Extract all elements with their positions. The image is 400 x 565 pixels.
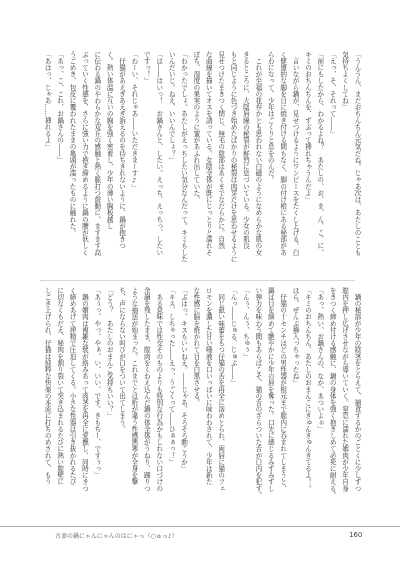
text-column: な性感に脳を焼かれて目を白黒させる。 — [190, 287, 202, 509]
text-column: 「あっ、こ、これ、お鍋さんの――」 — [53, 51, 65, 273]
text-column: 言いながら鍋が、見せつけるようにワンピースをたくし上げる。白 — [289, 51, 301, 273]
text-column: 「わーい、それじゃあ――いただきまーす♪」 — [128, 51, 140, 273]
running-footer-title: 古妻の鍋にゃんにゃんのはにゃっ（○ゅっ♪） — [55, 531, 178, 540]
text-column: ほら、ぜんぶ挿入っちゃったね」 — [289, 287, 301, 509]
text-column: これが至福の花弁かとも思われない白磁のようになめらかな肌の女 — [251, 51, 263, 273]
text-column: ある意味では性交そのものよりも特別な行為かもしれない口づけの — [152, 287, 164, 509]
text-column: な曲線を描いてオスを誘っている。女陰全体が既にじっとりと濡れそ — [202, 51, 214, 273]
text-column: もと同じように色づき始めたばかりの秘裂は肉芽だけを思わせるように — [227, 51, 239, 273]
text-column: 「キス、しちゃった――えっ、うごくって――ひぁぁっ！」 — [165, 287, 177, 509]
text-column: ち、声にならない叫びが口をついて出てしまう。 — [115, 287, 127, 509]
text-column: 「んぅ、んぅ、ちゅぅ」 — [239, 287, 251, 509]
upper-text-block: 「うんうん、まだおちんちん元気だね。じゃあ次は、あたしのことも 気持ちよくしてね… — [40, 51, 363, 273]
block-divider — [40, 280, 355, 281]
text-column: 気持ちよくしてね」 — [338, 51, 350, 273]
text-column: いんだいじ。ねえ、いいんでしょ？」 — [165, 51, 177, 273]
text-column: く健康的な脚を目に焼き付ける間もなく、脚の付け根にある秘部があ — [276, 51, 288, 273]
text-column: 「あっ、熱い、お鍋さんの、なか、あついよぉ」 — [313, 287, 325, 509]
text-column: 「わかったでしょ。あたしがえっちしたい気分なんだって。キミもした — [177, 51, 189, 273]
page-number: 160 — [349, 531, 362, 539]
text-column: きるところに、大陰唇線の秘裂が鮮烈に息づいている。少女の肌良 — [239, 51, 251, 273]
text-column: 「は――はいっ！ お鍋さんと、したい。えっち、えっちっ、したい — [152, 51, 164, 273]
text-column: ぶっていく性感を、さらに強い力で抱き締めるように鍋の腰が妖しく — [78, 51, 90, 273]
text-column: 見せつけたまきつく閉じ、無毛の陰部はあくまでなだらかに。自然 — [214, 51, 226, 273]
text-column: 「えっ、そ、それって――」 — [326, 51, 338, 273]
text-column: 「前にもしたから、わかるよね？ あたしの、お、ま、ん、こ、に、 — [313, 51, 325, 273]
text-column: 同じ舐い味蕾をもつ仔猫の舌を再全に溶めとられ、両唇に猫のフェ — [214, 287, 226, 509]
text-column: 仔猫の十センチほどの男性器が根元まで膣内に呑まれてしまうと、 — [276, 287, 288, 509]
text-column: 「うんうん、まだおちんちん元気だね。じゃあ次は、あたしのことも — [351, 51, 363, 273]
text-column: 「ぷはっ。キスもいいねえ。――じゃあ、そろそろ動こうか」 — [177, 287, 189, 509]
text-column: ような抽送が始まった。これまでとは桁が違う性感悪寒が全身を撃 — [128, 287, 140, 509]
text-column: ぼち、湿度の果実のように蜜があふれ出していた。 — [190, 51, 202, 273]
text-column: 「キミのおちんちん、あたしのおまんこにきゅんきゅんきてるよ！。 — [301, 287, 313, 509]
text-column: 「あはっ、じゃあ……挿れるよ」 — [41, 51, 53, 273]
text-column: 膣内を押し広げさせながら導いていく。窒息に濡れた媚肉が少年自身 — [338, 287, 350, 509]
text-column: 鍋の秘部が少年の陰茎をとらえて、捕食するかのごとくに少しずつ — [351, 287, 363, 509]
text-column: 仔猫があえぎあえぎ訴えるのを待ちきれないように、鍋が抱きつ — [115, 51, 127, 273]
lower-text-block: 鍋の秘部が少年の陰茎をとらえて、捕食するかのごとくに少しずつ 膣内を押し広げさせ… — [40, 287, 363, 509]
text-column: く締めあげて搾精で圧迫してくる。小さな性器は引き抜かれるたび — [66, 287, 78, 509]
text-column: キミのおちんちんを、ずぶって挿れちゃうんだよ」 — [301, 51, 313, 273]
text-column: に切なくもだえ、秘肉を割り裂いて突き込まれるたびに熱い膣壁に — [53, 287, 65, 509]
text-column: に伝わる鍋のやわらかな双丘の感触と熱く脈打つ鼓動に、ますます高 — [90, 51, 102, 273]
text-column: うごめき、包皮に覆われたままの亀頭が濡ったものに触れた。 — [66, 51, 78, 273]
text-column: 余韻を残したまま、膣肉をくわえ込んだ鍋の体全体がうねり、踊りつ — [140, 287, 152, 509]
text-column: しごき上げられ、仔猫は純粋な快楽の本流に打ちのめされて、もう — [41, 287, 53, 509]
text-column: 鍋は目を細めて艶やかに少年の唇を奪った。口先に感じるみずみずし — [264, 287, 276, 509]
text-column: く。熱い体温に互いの胸を強く密着し、少年の薄い胸板越し — [103, 51, 115, 273]
text-column: 「んっ――じゅる、じゅぷ――」 — [227, 287, 239, 509]
text-column: ロモンを濃した甘い唾液を口いっぱいに味わわされて、少年は新た — [202, 287, 214, 509]
footer-rule — [0, 526, 400, 527]
text-column: らわになって、少年はごくりと息をのんだ。 — [264, 51, 276, 273]
text-column: をきつく締め付ける感触に、鍋の身体を強く抱きしめて必死に耐える。 — [326, 287, 338, 509]
text-column: 「どう？ あたしのおまんこ気持ちいい？」 — [103, 287, 115, 509]
text-column: い弾力を味わう間もあらばこそ、猫の舌のざらついた舌が口内を犯す。 — [251, 287, 263, 509]
text-column: 「あぅっ、やっ、やぁ、い、いい、です。きもちー、ですぅっ」 — [90, 287, 102, 509]
text-column: 鍋の媚肉は複雑な襞が絡みあって肉茎を再全に愛撫し、同時にきつ — [78, 287, 90, 509]
text-column: ですっ！」 — [140, 51, 152, 273]
